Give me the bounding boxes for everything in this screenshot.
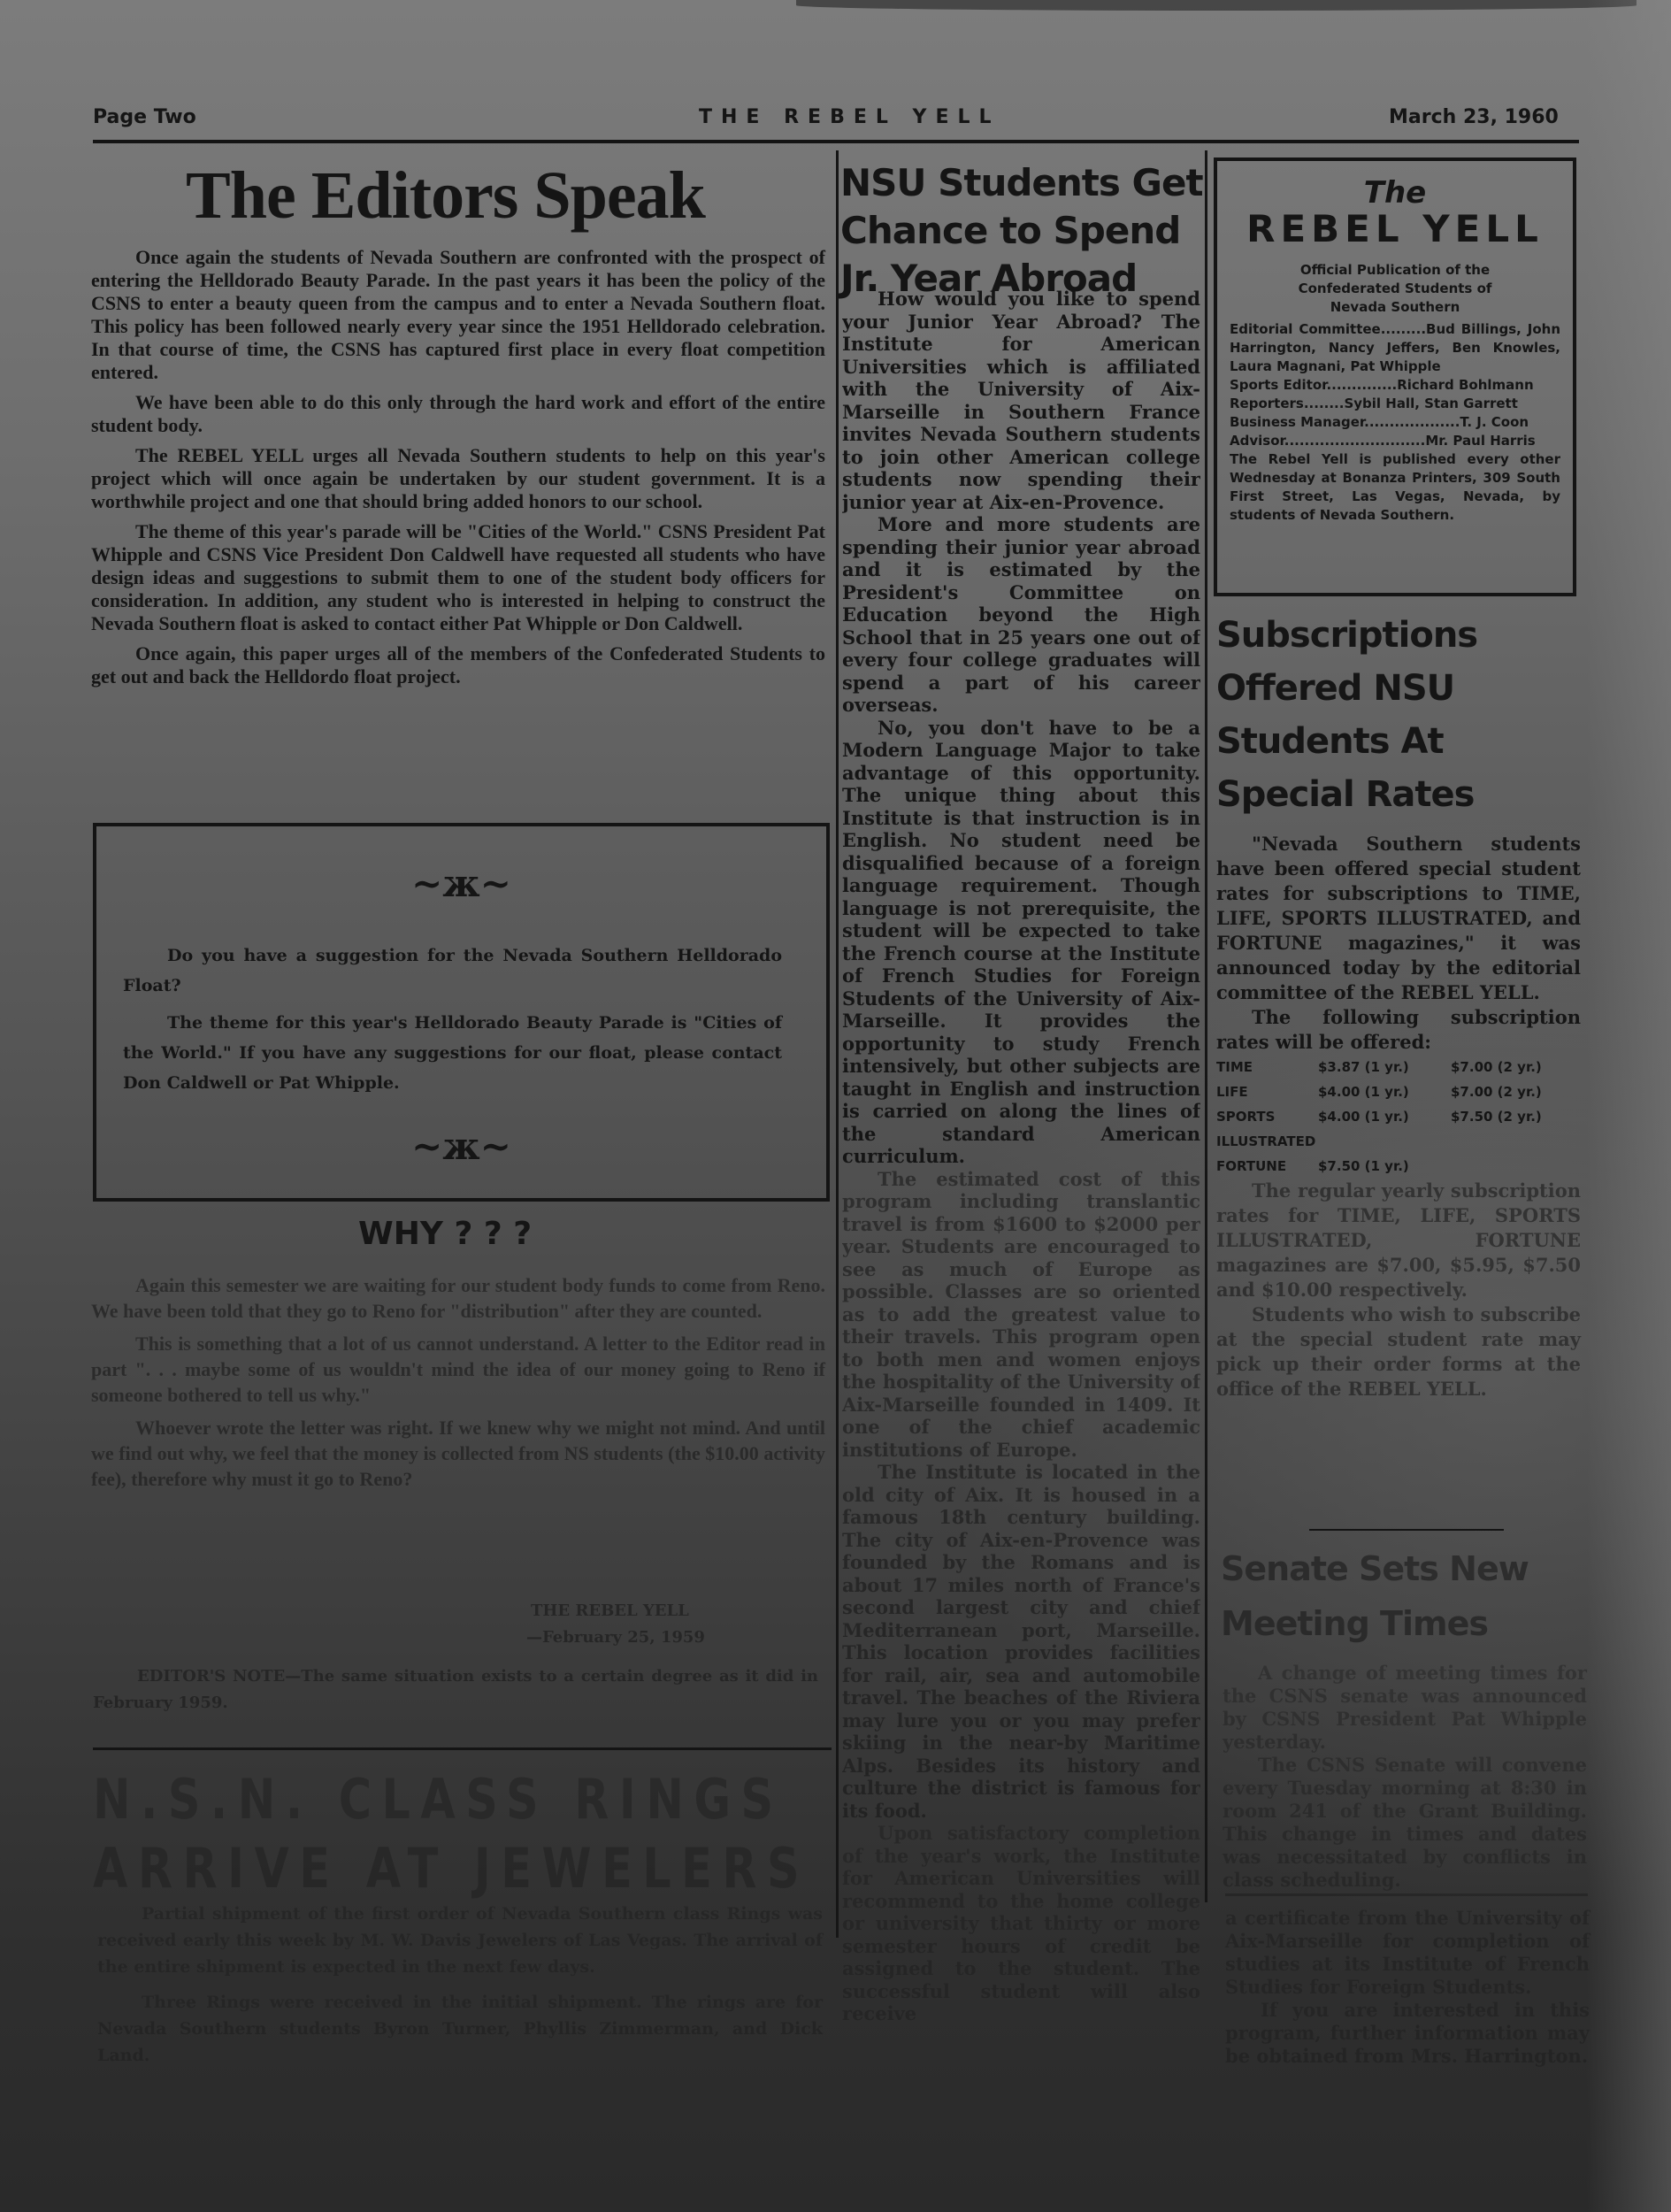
abroad-continuation-paragraph: If you are interested in this program, f… [1225,1999,1590,2068]
abroad-paragraph: The Institute is located in the old city… [842,1461,1200,1822]
senate-paragraph: A change of meeting times for the CSNS s… [1223,1662,1587,1754]
editors-note: EDITOR'S NOTE—The same situation exists … [93,1663,818,1724]
section-rule [93,1747,832,1750]
rate-row: FORTUNE$7.50 (1 yr.) [1216,1154,1581,1179]
rate-one-year: $7.50 (1 yr.) [1318,1154,1451,1179]
rate-one-year: $4.00 (1 yr.) [1318,1079,1451,1104]
editorial-paragraph: The REBEL YELL urges all Nevada Southern… [91,444,825,513]
why-signature-name: THE REBEL YELL [531,1600,689,1623]
subscriptions-regular: The regular yearly subscription rates fo… [1216,1179,1581,1302]
abroad-paragraph: Upon satisfactory completion of the year… [842,1822,1200,2025]
page-label: Page Two [93,106,196,128]
subscriptions-title-line: Offered NSU [1216,662,1477,715]
why-paragraph: Whoever wrote the letter was right. If w… [91,1415,825,1492]
column-divider-1 [836,150,839,1938]
header-rule [93,140,1579,143]
staff-row: Sports Editor..............Richard Bohlm… [1230,376,1560,395]
abroad-title-line: NSU Students Get [840,159,1203,207]
subscriptions-title-line: Special Rates [1216,768,1477,821]
staff-row: Business Manager...................T. J.… [1230,413,1560,432]
subscriptions-body: "Nevada Southern students have been offe… [1216,832,1581,1402]
editorial-paragraph: Once again the students of Nevada Southe… [91,246,825,384]
subscriptions-title: Subscriptions Offered NSU Students At Sp… [1216,609,1477,821]
masthead-name: REBEL YELL [1217,207,1573,250]
rate-magazine: TIME [1216,1055,1318,1079]
rate-row: TIME$3.87 (1 yr.)$7.00 (2 yr.) [1216,1055,1581,1079]
rate-row: LIFE$4.00 (1 yr.)$7.00 (2 yr.) [1216,1079,1581,1104]
why-body: Again this semester we are waiting for o… [91,1272,825,1499]
masthead-subtitle: Official Publication of the Confederated… [1279,261,1511,317]
rate-one-year: $4.00 (1 yr.) [1318,1104,1451,1154]
suggestion-detail: The theme for this year's Helldorado Bea… [123,1008,782,1098]
subscriptions-title-line: Students At [1216,715,1477,768]
staff-row: Editorial Committee.........Bud Billings… [1230,320,1560,376]
senate-body: A change of meeting times for the CSNS s… [1223,1662,1587,1892]
scan-shadow [796,0,1637,11]
rate-two-year: $7.00 (2 yr.) [1451,1079,1542,1104]
rate-two-year: $7.00 (2 yr.) [1451,1055,1542,1079]
rate-magazine: LIFE [1216,1079,1318,1104]
senate-title: Senate Sets New Meeting Times [1221,1541,1529,1651]
senate-paragraph: The CSNS Senate will convene every Tuesd… [1223,1754,1587,1892]
rate-two-year: $7.50 (2 yr.) [1451,1104,1542,1154]
rings-body: Partial shipment of the first order of N… [97,1901,823,2076]
why-paragraph: Again this semester we are waiting for o… [91,1272,825,1324]
senate-title-line: Senate Sets New [1221,1541,1529,1596]
issue-date: March 23, 1960 [1389,106,1559,128]
publication-note: The Rebel Yell is published every other … [1230,450,1560,525]
abroad-paragraph: How would you like to spend your Junior … [842,288,1200,513]
rate-row: SPORTS ILLUSTRATED$4.00 (1 yr.)$7.50 (2 … [1216,1104,1581,1154]
section-rule [1225,1893,1588,1896]
editors-note-text: EDITOR'S NOTE—The same situation exists … [93,1663,818,1717]
page-edge [1587,0,1671,2212]
separator-rule [1309,1529,1504,1531]
newspaper-page: Page Two THE REBEL YELL March 23, 1960 T… [0,0,1671,2212]
rate-one-year: $3.87 (1 yr.) [1318,1055,1451,1079]
abroad-title-line: Chance to Spend [840,207,1203,255]
editorial-paragraph: Once again, this paper urges all of the … [91,642,825,688]
editorial-title: The Editors Speak [186,157,705,234]
ornament-icon: ~ж~ [96,1125,826,1168]
why-signature-date: —February 25, 1959 [526,1626,705,1649]
abroad-continuation-paragraph: a certificate from the University of Aix… [1225,1907,1590,1999]
editorial-paragraph: We have been able to do this only throug… [91,391,825,437]
subscriptions-intro: "Nevada Southern students have been offe… [1216,832,1581,1005]
rings-title-line: ARRIVE AT JEWELERS [93,1834,809,1903]
rings-paragraph: Partial shipment of the first order of N… [97,1901,823,1980]
suggestion-question: Do you have a suggestion for the Nevada … [123,941,782,1001]
subscriptions-closing: Students who wish to subscribe at the sp… [1216,1302,1581,1402]
rings-title-line: N.S.N. CLASS RINGS [93,1765,809,1834]
ornament-icon: ~ж~ [96,862,826,905]
editorial-body: Once again the students of Nevada Southe… [91,246,825,695]
staff-row: Reporters........Sybil Hall, Stan Garret… [1230,395,1560,413]
abroad-paragraph: No, you don't have to be a Modern Langua… [842,717,1200,1168]
masthead-box: The REBEL YELL Official Publication of t… [1214,157,1576,596]
editorial-paragraph: The theme of this year's parade will be … [91,520,825,635]
abroad-paragraph: More and more students are spending thei… [842,513,1200,717]
rings-paragraph: Three Rings were received in the initial… [97,1989,823,2069]
paper-name: THE REBEL YELL [699,106,1000,128]
why-title: WHY ? ? ? [358,1214,532,1255]
masthead-staff: Editorial Committee.........Bud Billings… [1217,317,1573,525]
rate-magazine: SPORTS ILLUSTRATED [1216,1104,1318,1154]
rate-magazine: FORTUNE [1216,1154,1318,1179]
suggestion-box: ~ж~ Do you have a suggestion for the Nev… [93,823,830,1202]
rates-table: TIME$3.87 (1 yr.)$7.00 (2 yr.)LIFE$4.00 … [1216,1055,1581,1179]
rings-title: N.S.N. CLASS RINGS ARRIVE AT JEWELERS [93,1765,809,1903]
abroad-body: How would you like to spend your Junior … [842,288,1200,2172]
abroad-title: NSU Students Get Chance to Spend Jr. Yea… [840,159,1203,303]
senate-title-line: Meeting Times [1221,1596,1529,1651]
why-paragraph: This is something that a lot of us canno… [91,1331,825,1408]
subscriptions-rates-intro: The following subscription rates will be… [1216,1005,1581,1055]
abroad-continuation: a certificate from the University of Aix… [1225,1907,1590,2068]
column-divider-2 [1205,150,1207,1902]
subscriptions-title-line: Subscriptions [1216,609,1477,662]
masthead-the: The [1217,175,1573,211]
abroad-paragraph: The estimated cost of this program inclu… [842,1168,1200,1462]
staff-row: Advisor............................Mr. P… [1230,432,1560,450]
